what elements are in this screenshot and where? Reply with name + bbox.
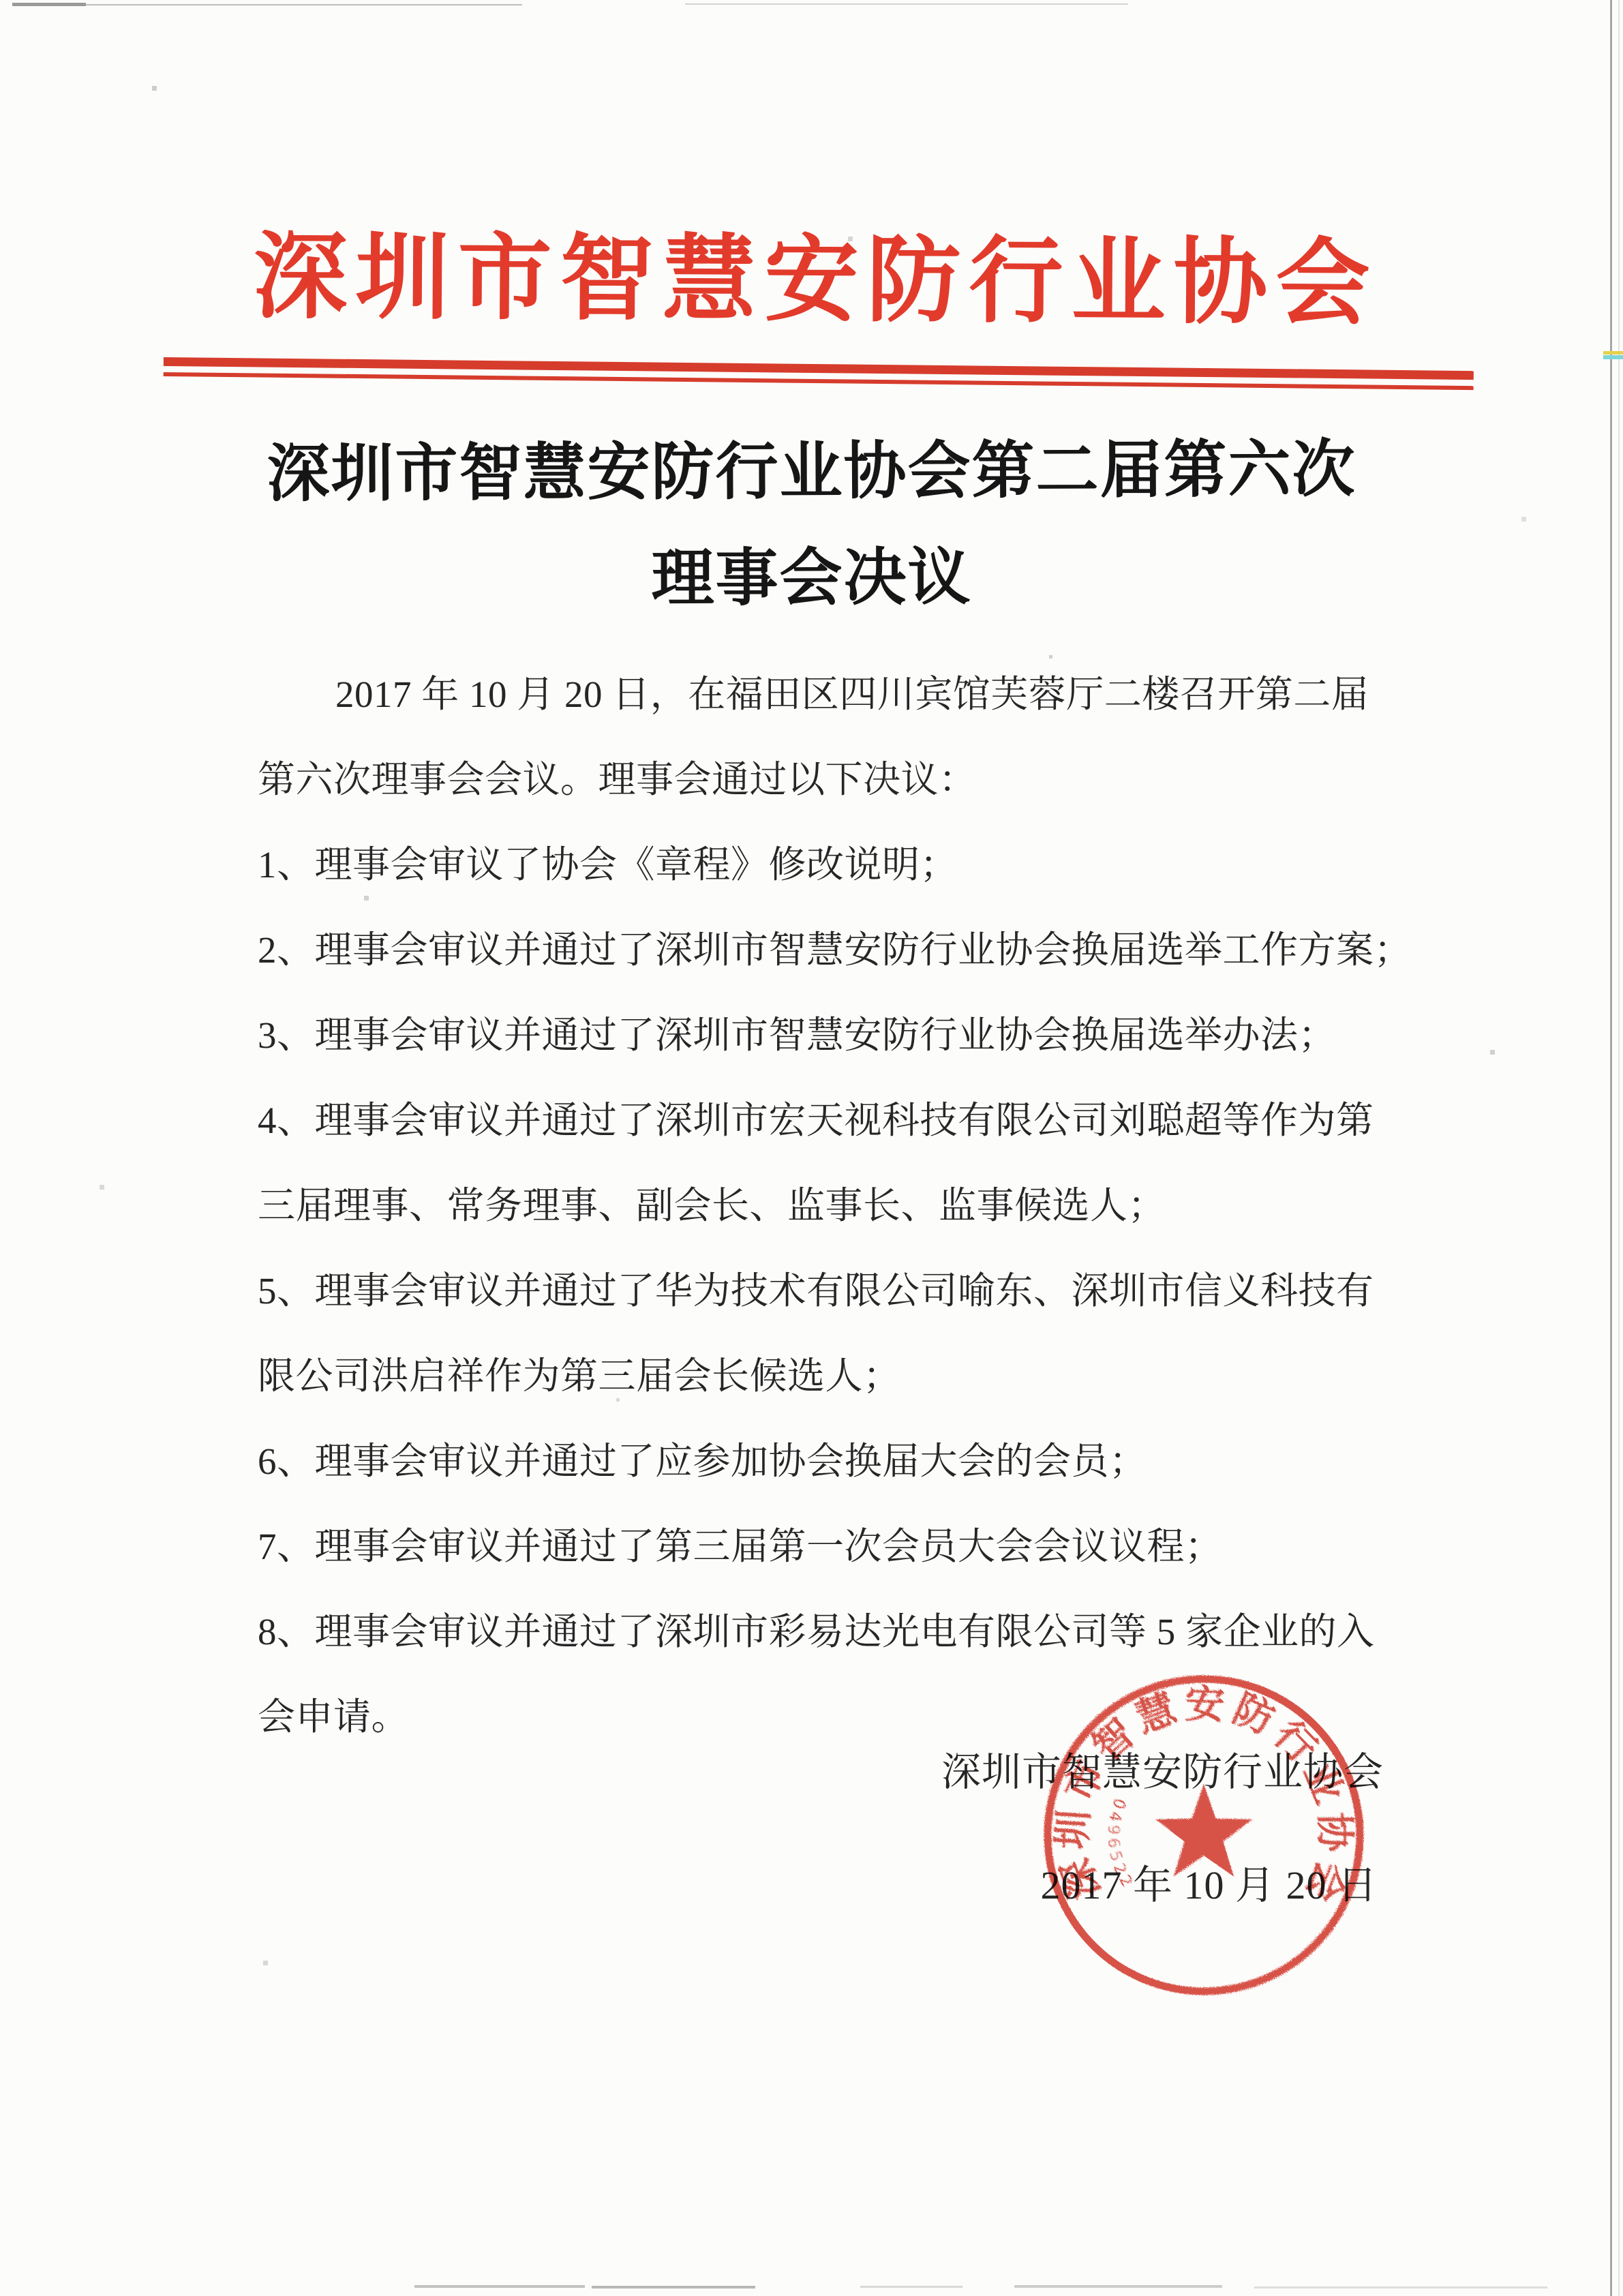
- scan-artifact-bottom-line: [1254, 2286, 1547, 2289]
- body-line: 2017 年 10 月 20 日，在福田区四川宾馆芙蓉厅二楼召开第二届: [258, 652, 1427, 737]
- scan-artifact-top-line: [685, 3, 1128, 5]
- letterhead-org-name: 深圳市智慧安防行业协会: [0, 224, 1623, 337]
- body-line-item-3: 3、理事会审议并通过了深圳市智慧安防行业协会换届选举办法；: [258, 993, 1427, 1078]
- body-line-item-5: 5、理事会审议并通过了华为技术有限公司喻东、深圳市信义科技有: [258, 1248, 1427, 1333]
- resolution-body: 2017 年 10 月 20 日，在福田区四川宾馆芙蓉厅二楼召开第二届 第六次理…: [258, 652, 1427, 1759]
- scan-artifact-right-edge-line: [1610, 0, 1612, 2296]
- body-line-item-1: 1、理事会审议了协会《章程》修改说明；: [258, 822, 1427, 907]
- seal-ink-fade: [1096, 1816, 1175, 1871]
- scan-artifact-color-tick: [1603, 351, 1623, 354]
- document-title-line1: 深圳市智慧安防行业协会第二届第六次: [0, 437, 1623, 507]
- scan-artifact-bottom-line: [1014, 2285, 1222, 2288]
- body-line-item-5-cont: 限公司洪启祥作为第三届会长候选人；: [258, 1333, 1427, 1419]
- scan-artifact-bottom-line: [592, 2286, 755, 2289]
- scan-artifact-specks: [0, 0, 2, 2]
- letterhead-divider: [164, 357, 1474, 390]
- scan-artifact-right-edge-line: [1618, 0, 1620, 2296]
- official-seal: 深圳市智慧安防行业协会 0496522: [1033, 1665, 1374, 2006]
- body-line-item-7: 7、理事会审议并通过了第三届第一次会员大会会议议程；: [258, 1504, 1427, 1589]
- body-line-item-6: 6、理事会审议并通过了应参加协会换届大会的会员；: [258, 1419, 1427, 1504]
- scan-artifact-top-line: [86, 4, 522, 5]
- body-line: 第六次理事会会议。理事会通过以下决议：: [258, 737, 1427, 822]
- body-line-item-4-cont: 三届理事、常务理事、副会长、监事长、监事候选人；: [258, 1163, 1427, 1248]
- scanned-document-page: 深圳市智慧安防行业协会 深圳市智慧安防行业协会第二届第六次 理事会决议 2017…: [0, 0, 1623, 2296]
- body-line-item-2: 2、理事会审议并通过了深圳市智慧安防行业协会换届选举工作方案；: [258, 907, 1427, 993]
- scan-artifact-bottom-line: [414, 2285, 585, 2288]
- body-line-item-8: 8、理事会审议并通过了深圳市彩易达光电有限公司等 5 家企业的入: [258, 1589, 1427, 1674]
- body-line-item-4: 4、理事会审议并通过了深圳市宏天视科技有限公司刘聪超等作为第: [258, 1078, 1427, 1163]
- scan-artifact-top-line: [12, 3, 86, 6]
- document-title-line2: 理事会决议: [0, 543, 1623, 613]
- seal-ink-fade: [1164, 1906, 1260, 1944]
- scan-artifact-bottom-line: [860, 2286, 962, 2288]
- scan-artifact-color-tick: [1603, 355, 1623, 359]
